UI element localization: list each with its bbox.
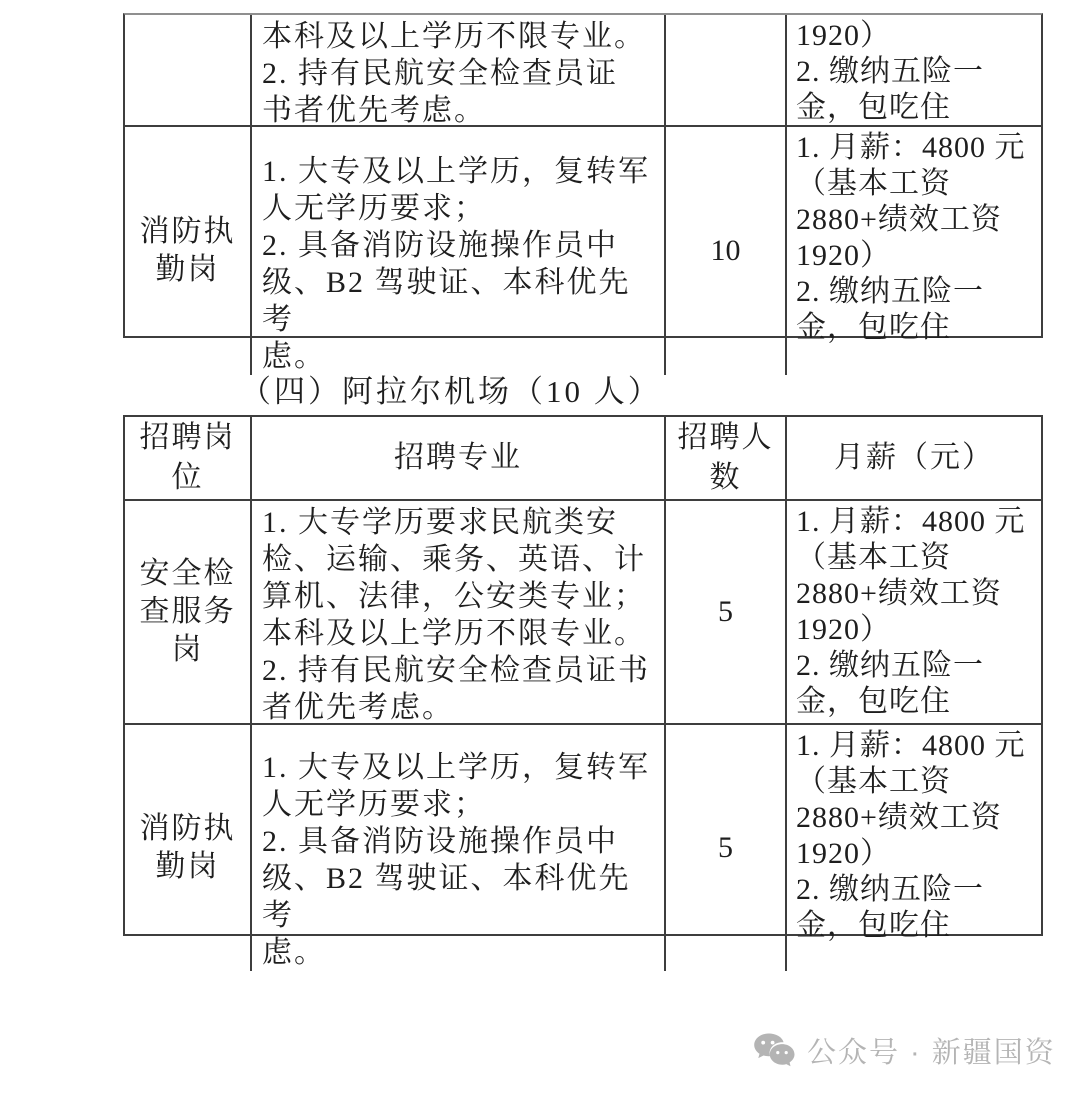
document-page: 本科及以上学历不限专业。 2. 持有民航安全检查员证 书者优先考虑。 1920）… xyxy=(0,0,1080,1096)
watermark-text: 公众号 · 新疆国资 xyxy=(807,1030,1056,1071)
table-row-continued: 本科及以上学历不限专业。 2. 持有民航安全检查员证 书者优先考虑。 1920）… xyxy=(125,15,1041,125)
cell-salary: 1920） 2. 缴纳五险一 金，包吃住 xyxy=(785,15,1041,125)
cell-position: 消防执 勤岗 xyxy=(125,127,250,375)
top-table: 本科及以上学历不限专业。 2. 持有民航安全检查员证 书者优先考虑。 1920）… xyxy=(123,13,1043,338)
cell-count xyxy=(664,15,785,125)
table-row-security-check: 安全检 查服务 岗 1. 大专学历要求民航类安 检、运输、乘务、英语、计 算机、… xyxy=(125,499,1041,723)
cell-salary: 1. 月薪：4800 元 （基本工资 2880+绩效工资 1920） 2. 缴纳… xyxy=(785,725,1041,971)
cell-position: 安全检 查服务 岗 xyxy=(125,501,250,723)
header-major: 招聘专业 xyxy=(250,417,664,499)
header-count: 招聘人 数 xyxy=(664,417,785,499)
section-heading: （四）阿拉尔机场（10 人） xyxy=(240,366,662,411)
cell-position: 消防执 勤岗 xyxy=(125,725,250,971)
table-header-row: 招聘岗 位 招聘专业 招聘人 数 月薪（元） xyxy=(125,417,1041,499)
recruit-table: 招聘岗 位 招聘专业 招聘人 数 月薪（元） 安全检 查服务 岗 1. 大专学历… xyxy=(123,415,1043,936)
table-row-fire-duty: 消防执 勤岗 1. 大专及以上学历，复转军 人无学历要求； 2. 具备消防设施操… xyxy=(125,125,1041,375)
header-position: 招聘岗 位 xyxy=(125,417,250,499)
cell-count: 5 xyxy=(664,501,785,723)
cell-salary: 1. 月薪：4800 元 （基本工资 2880+绩效工资 1920） 2. 缴纳… xyxy=(785,501,1041,723)
cell-position xyxy=(125,15,250,125)
cell-major: 本科及以上学历不限专业。 2. 持有民航安全检查员证 书者优先考虑。 xyxy=(250,15,664,125)
cell-count: 10 xyxy=(664,127,785,375)
table-row-fire-duty: 消防执 勤岗 1. 大专及以上学历，复转军 人无学历要求； 2. 具备消防设施操… xyxy=(125,723,1041,971)
wechat-icon xyxy=(753,1032,795,1068)
cell-major: 1. 大专及以上学历，复转军 人无学历要求； 2. 具备消防设施操作员中 级、B… xyxy=(250,127,664,375)
wechat-watermark: 公众号 · 新疆国资 xyxy=(753,1028,1056,1072)
cell-major: 1. 大专学历要求民航类安 检、运输、乘务、英语、计 算机、法律，公安类专业； … xyxy=(250,501,664,723)
header-salary: 月薪（元） xyxy=(785,417,1041,499)
cell-count: 5 xyxy=(664,725,785,971)
cell-salary: 1. 月薪：4800 元 （基本工资 2880+绩效工资 1920） 2. 缴纳… xyxy=(785,127,1041,375)
cell-major: 1. 大专及以上学历，复转军 人无学历要求； 2. 具备消防设施操作员中 级、B… xyxy=(250,725,664,971)
